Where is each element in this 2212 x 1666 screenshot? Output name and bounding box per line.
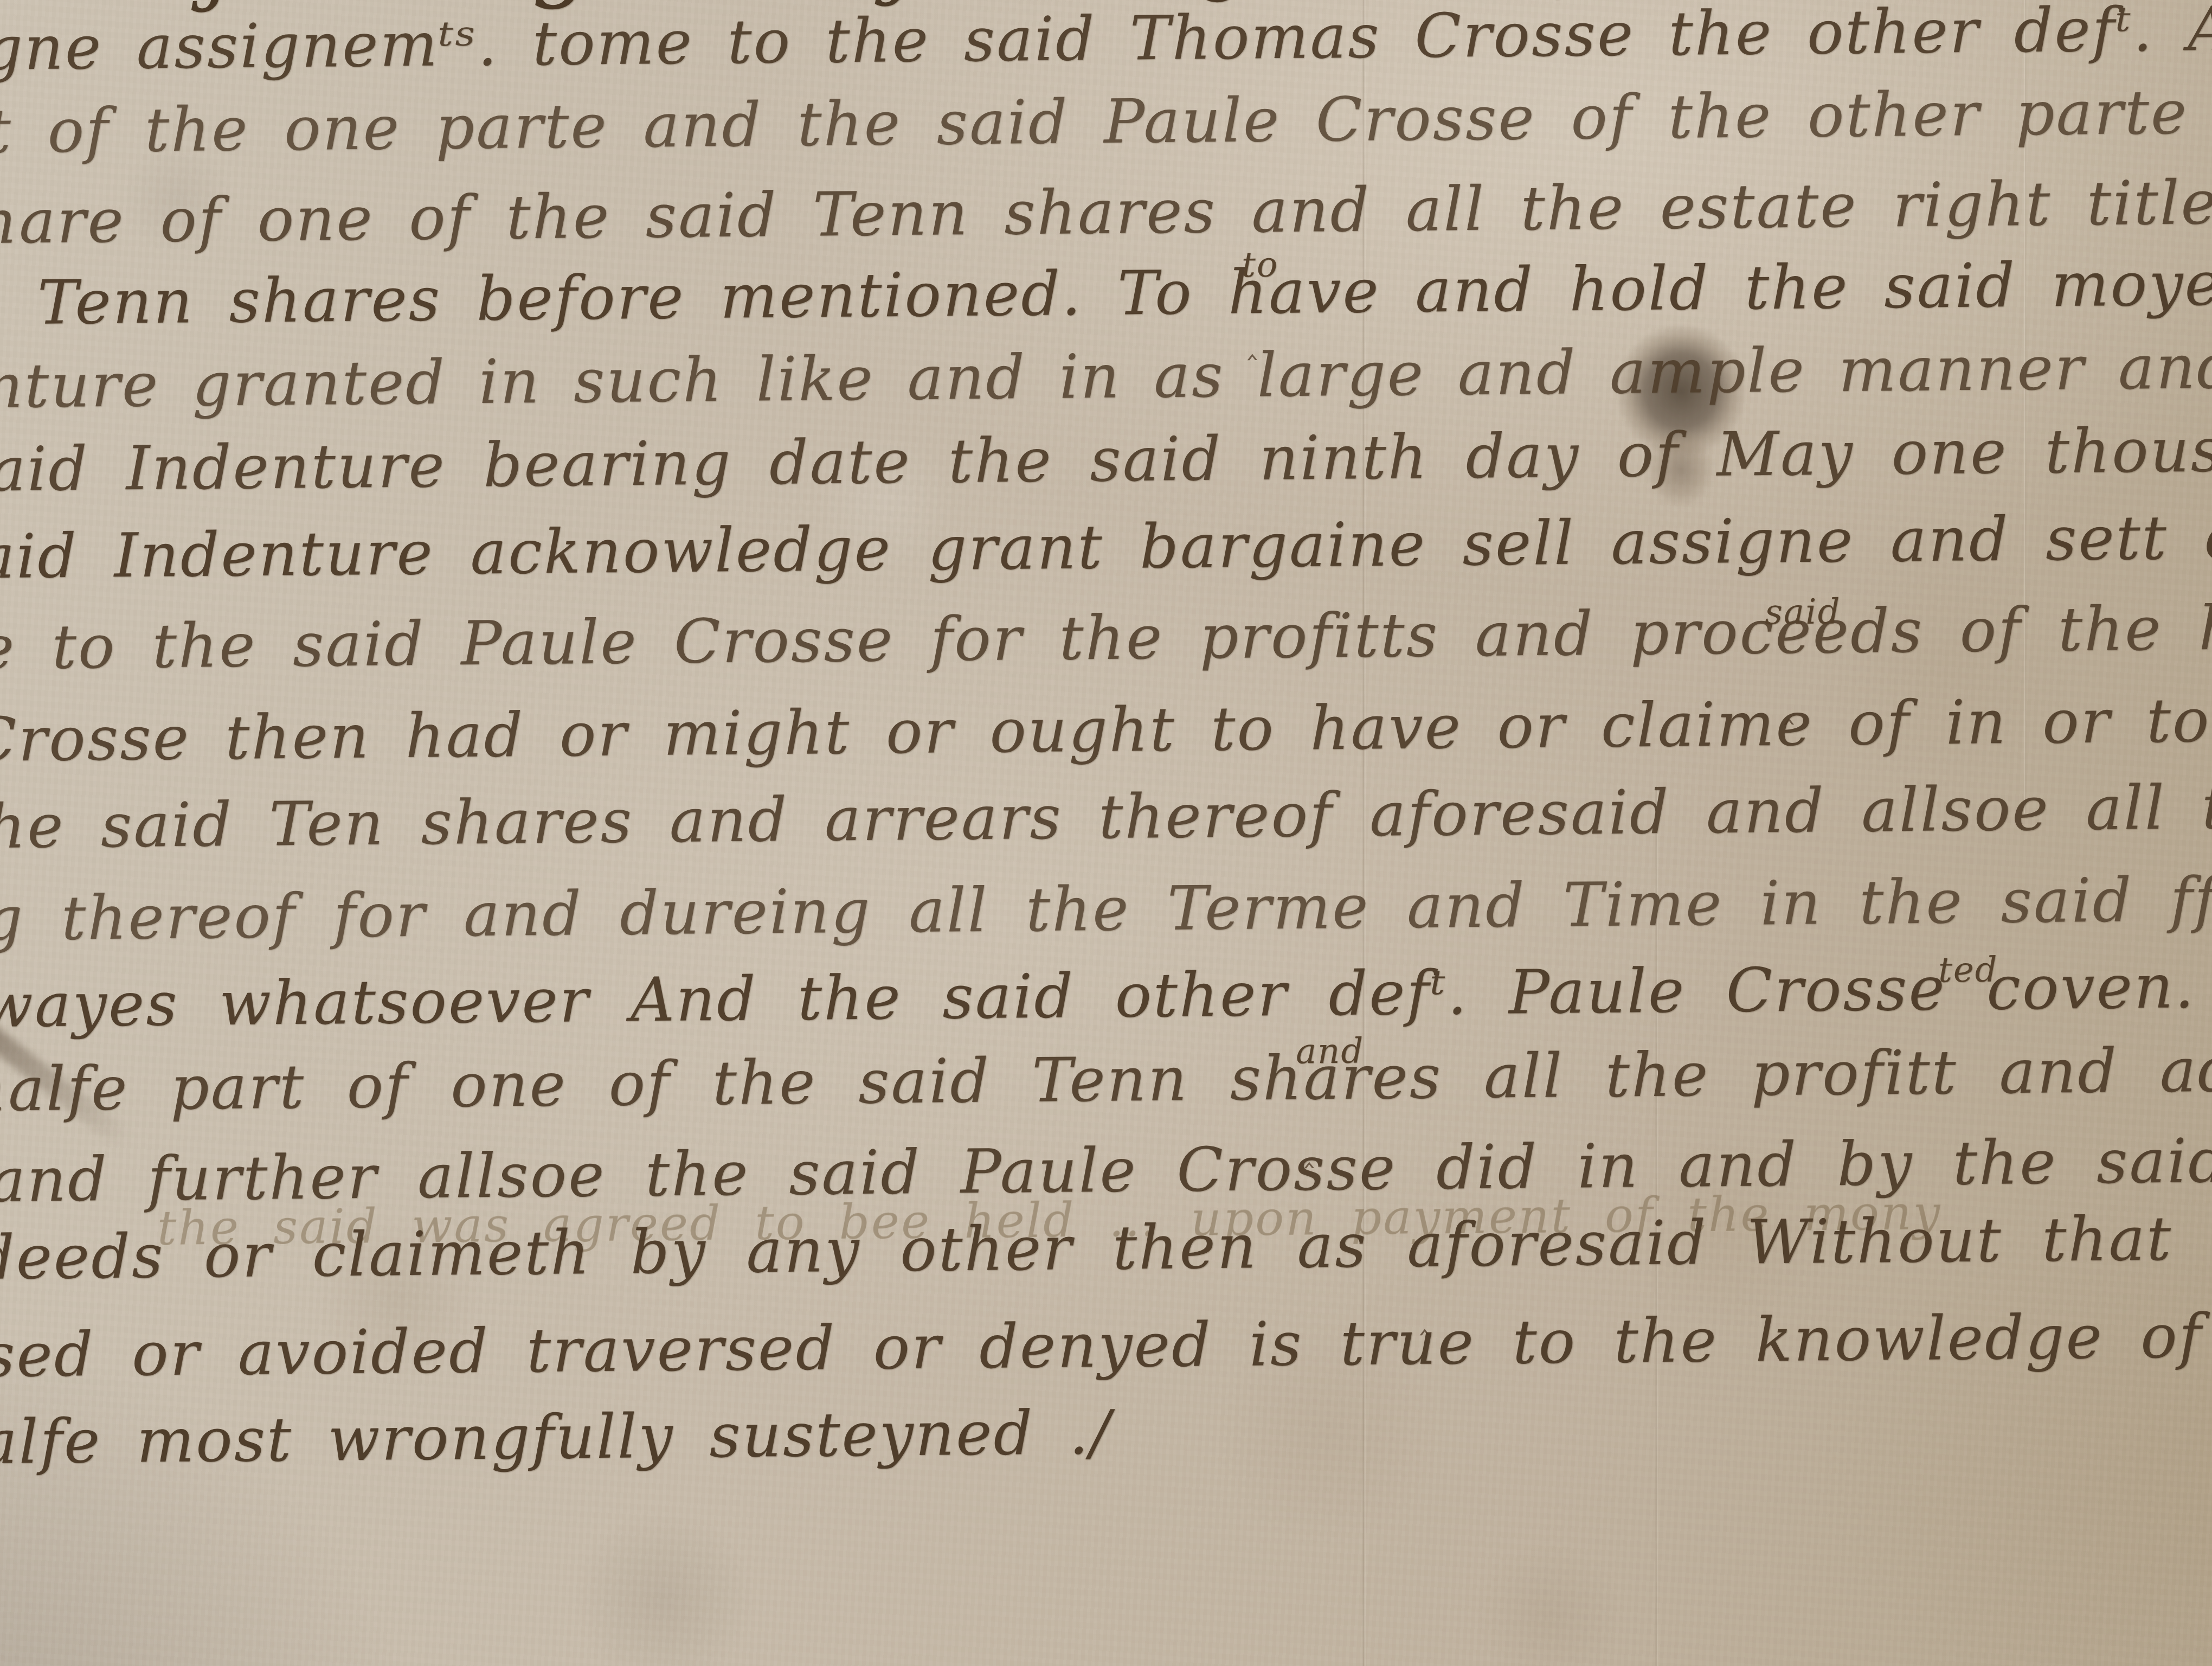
manuscript-line-18: alfe most wrongfully susteyned ./ — [0, 1398, 1113, 1478]
manuscript-line-12: wayes whatsoever And the said other defᵗ… — [0, 949, 2212, 1041]
interlinear-insertion: ted — [1938, 950, 1998, 991]
manuscript-line-1: gne assignemᵗˢ. tome to the said Thomas … — [0, 0, 2212, 84]
manuscript-line-9: Crosse then had or might or ought to hav… — [0, 681, 2212, 776]
handwritten-text-layer: ʃ ʒ ʃ J ſ gne assignemᵗˢ. tome to the sa… — [0, 0, 2212, 1666]
manuscript-line-11: g thereof for and dureing all the Terme … — [0, 861, 2212, 954]
manuscript-line-13: halfe part of one of the said Tenn share… — [0, 1033, 2212, 1125]
manuscript-line-5: nture granted in such like and in as lar… — [0, 326, 2212, 422]
manuscript-line-7: said Indenture acknowledge grant bargain… — [0, 499, 2212, 593]
manuscript-line-10: he said Ten shares and arrears thereof a… — [0, 769, 2212, 862]
interlinear-insertion: to — [1242, 245, 1279, 286]
insertion-caret: ‸ — [1304, 1133, 1315, 1169]
interlinear-insertion: and — [1296, 1031, 1365, 1072]
insertion-caret: ‸ — [1419, 1300, 1430, 1336]
manuscript-line-4: d Tenn shares before mentioned. To have … — [0, 244, 2212, 339]
insertion-caret: ‸ — [1784, 690, 1795, 725]
manuscript-line-17: sed or avoided traversed or denyed is tr… — [0, 1298, 2212, 1391]
interlinear-insertion: said — [1765, 592, 1841, 632]
manuscript-line-8: e to the said Paule Crosse for the profi… — [0, 589, 2212, 683]
manuscript-line-3: hare of one of the said Tenn shares and … — [0, 164, 2212, 258]
manuscript-line-6: said Indenture bearing date the said nin… — [0, 411, 2212, 505]
manuscript-line-2: t of the one parte and the said Paule Cr… — [0, 73, 2212, 167]
insertion-caret: ‸ — [1247, 325, 1258, 361]
manuscript-photo: ʃ ʒ ʃ J ſ gne assignemᵗˢ. tome to the sa… — [0, 0, 2212, 1666]
